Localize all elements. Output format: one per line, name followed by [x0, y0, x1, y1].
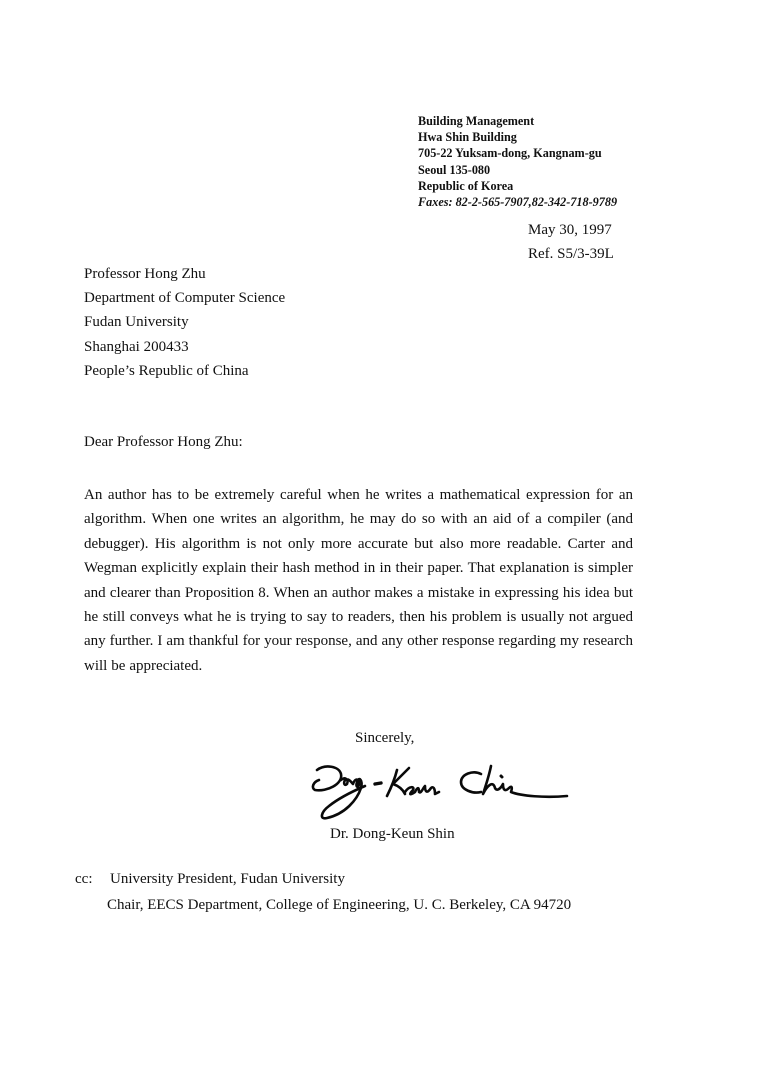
letter-body: An author has to be extremely careful wh… [84, 483, 633, 678]
recipient-line: Department of Computer Science [84, 286, 285, 310]
recipient-line: Shanghai 200433 [84, 335, 285, 359]
letterhead-line: Hwa Shin Building [418, 129, 617, 145]
recipient-line: Fudan University [84, 310, 285, 334]
cc-list: cc:University President, Fudan Universit… [75, 866, 571, 918]
cc-label: cc: [75, 866, 110, 892]
recipient-line: Professor Hong Zhu [84, 262, 285, 286]
cc-recipient: Chair, EECS Department, College of Engin… [75, 892, 571, 918]
signer-name: Dr. Dong-Keun Shin [330, 826, 455, 843]
letterhead-faxes: Faxes: 82-2-565-7907,82-342-718-9789 [418, 194, 617, 210]
letterhead: Building Management Hwa Shin Building 70… [418, 113, 617, 210]
letterhead-line: Republic of Korea [418, 178, 617, 194]
letterhead-line: Seoul 135-080 [418, 162, 617, 178]
salutation: Dear Professor Hong Zhu: [84, 434, 243, 451]
recipient-line: People’s Republic of China [84, 359, 285, 383]
letterhead-line: 705-22 Yuksam-dong, Kangnam-gu [418, 145, 617, 161]
letter-reference: Ref. S5/3-39L [528, 242, 614, 266]
closing: Sincerely, [355, 730, 414, 747]
letter-date: May 30, 1997 [528, 218, 614, 242]
signature-image [305, 758, 570, 822]
date-reference-block: May 30, 1997 Ref. S5/3-39L [528, 218, 614, 266]
recipient-address: Professor Hong Zhu Department of Compute… [84, 262, 285, 383]
cc-recipient: University President, Fudan University [110, 871, 345, 887]
letterhead-line: Building Management [418, 113, 617, 129]
